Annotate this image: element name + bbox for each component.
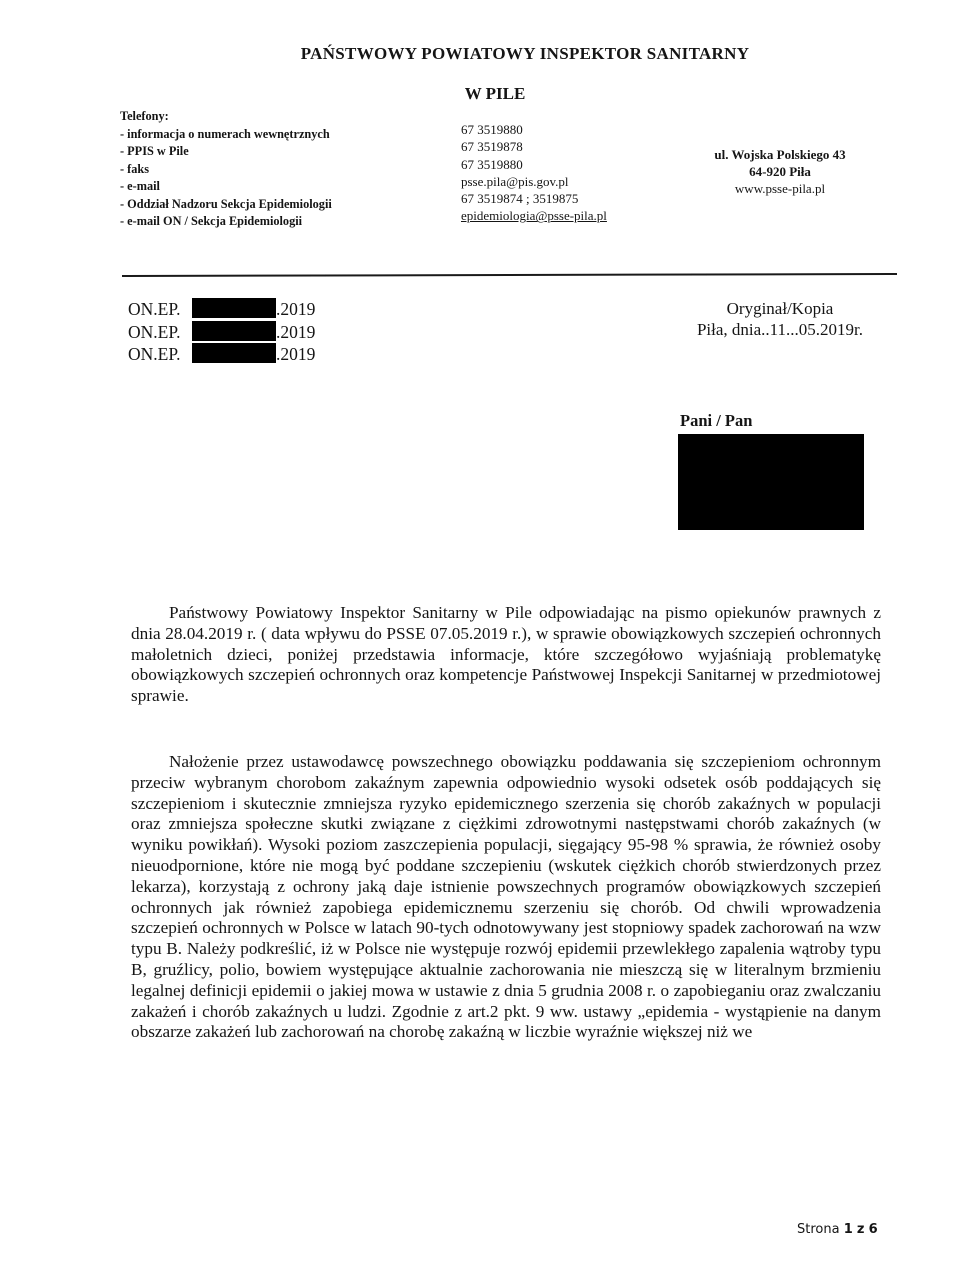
body-paragraph-2: Nałożenie przez ustawodawcę powszechnego… — [131, 752, 881, 1043]
contact-label: - e-mail ON / Sekcja Epidemiologii — [120, 213, 332, 231]
email-epidemiology-link[interactable]: epidemiologia@psse-pila.pl — [461, 207, 607, 224]
paragraph-text: Nałożenie przez ustawodawcę powszechnego… — [131, 752, 881, 1043]
contact-label: - PPIS w Pile — [120, 143, 332, 161]
address-block: ul. Wojska Polskiego 43 64-920 Piła www.… — [660, 146, 900, 197]
reference-suffix: .2019 — [276, 343, 315, 366]
reference-line: ON.EP..2019 — [128, 343, 315, 366]
reference-prefix: ON.EP. — [128, 321, 192, 344]
contact-label: - Oddział Nadzoru Sekcja Epidemiologii — [120, 196, 332, 214]
address-street: ul. Wojska Polskiego 43 — [660, 146, 900, 163]
website-link[interactable]: www.psse-pila.pl — [660, 180, 900, 197]
redaction-block — [192, 321, 276, 341]
contacts-labels: Telefony: - informacja o numerach wewnęt… — [120, 108, 332, 231]
contact-label: - informacja o numerach wewnętrznych — [120, 126, 332, 144]
page-number: Strona 1 z 6 — [797, 1222, 878, 1237]
recipient-redaction — [678, 434, 864, 530]
reference-suffix: .2019 — [276, 298, 315, 321]
page-label: Strona — [797, 1222, 840, 1237]
reference-suffix: .2019 — [276, 321, 315, 344]
place-date: Piła, dnia..11...05.2019r. — [660, 319, 900, 340]
email-psse[interactable]: psse.pila@pis.gov.pl — [461, 173, 607, 190]
original-copy-label: Oryginał/Kopia — [660, 298, 900, 319]
page-sep: z — [857, 1222, 865, 1237]
original-date-block: Oryginał/Kopia Piła, dnia..11...05.2019r… — [660, 298, 900, 340]
contact-label: - e-mail — [120, 178, 332, 196]
reference-numbers: ON.EP..2019 ON.EP..2019 ON.EP..2019 — [128, 298, 315, 366]
reference-prefix: ON.EP. — [128, 298, 192, 321]
phone-info: 67 3519880 — [461, 121, 607, 138]
institution-title: PAŃSTWOWY POWIATOWY INSPEKTOR SANITARNY — [0, 44, 968, 64]
contact-label: - faks — [120, 161, 332, 179]
recipient-label: Pani / Pan — [680, 411, 752, 431]
redaction-block — [192, 343, 276, 363]
header-divider — [122, 273, 897, 277]
contacts-heading: Telefony: — [120, 108, 332, 126]
reference-line: ON.EP..2019 — [128, 298, 315, 321]
fax-number: 67 3519880 — [461, 156, 607, 173]
phone-epidemiology: 67 3519874 ; 3519875 — [461, 190, 607, 207]
page-current: 1 — [844, 1222, 853, 1237]
page-total: 6 — [869, 1222, 878, 1237]
address-postal: 64-920 Piła — [660, 163, 900, 180]
institution-subtitle: W PILE — [0, 84, 968, 104]
paragraph-text: Państwowy Powiatowy Inspektor Sanitarny … — [131, 603, 881, 707]
body-paragraph-1: Państwowy Powiatowy Inspektor Sanitarny … — [131, 603, 881, 707]
reference-prefix: ON.EP. — [128, 343, 192, 366]
phone-ppis: 67 3519878 — [461, 138, 607, 155]
redaction-block — [192, 298, 276, 318]
contacts-values: 67 3519880 67 3519878 67 3519880 psse.pi… — [461, 121, 607, 225]
reference-line: ON.EP..2019 — [128, 321, 315, 344]
